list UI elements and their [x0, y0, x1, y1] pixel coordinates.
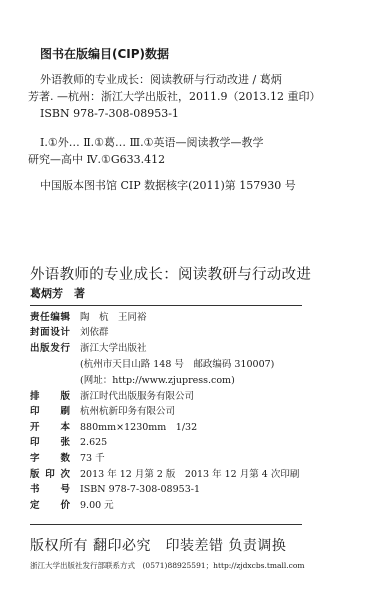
imprint-value: ISBN 978-7-308-08953-1: [80, 484, 200, 496]
imprint-row: (网址：http://www.zjupress.com): [30, 375, 235, 387]
imprint-label: 印张: [30, 437, 70, 449]
cip-line-3: ISBN 978-7-308-08953-1: [40, 105, 179, 122]
imprint-label: [30, 375, 70, 387]
imprint-row: 封面设计刘依群: [30, 327, 109, 339]
imprint-row: 字数73 千: [30, 453, 105, 465]
imprint-label: 书号: [30, 484, 70, 496]
book-title: 外语教师的专业成长：阅读教研与行动改进: [30, 263, 311, 284]
cip-line-1: 外语教师的专业成长：阅读教研与行动改进 / 葛炳: [40, 71, 282, 88]
imprint-value: 浙江时代出版服务有限公司: [80, 391, 194, 403]
imprint-row: 印刷杭州杭新印务有限公司: [30, 406, 175, 418]
imprint-label: 印刷: [30, 406, 70, 418]
cip-line-5: 研究—高中 Ⅳ.①G633.412: [28, 151, 165, 168]
imprint-label: 排版: [30, 391, 70, 403]
imprint-row: 开本880mm×1230mm 1/32: [30, 422, 197, 434]
imprint-row: 定价9.00 元: [30, 500, 114, 512]
cip-line-4: Ⅰ.①外… Ⅱ.①葛… Ⅲ.①英语—阅读教学—教学: [40, 134, 264, 151]
imprint-value: 9.00 元: [80, 500, 114, 512]
cip-library-number: 中国版本图书馆 CIP 数据核字(2011)第 157930 号: [40, 177, 296, 194]
cip-line-2: 芳著. —杭州：浙江大学出版社，2011.9（2013.12 重印）: [28, 88, 320, 105]
imprint-value: 陶 杭 王同裕: [80, 312, 147, 324]
imprint-row: 书号ISBN 978-7-308-08953-1: [30, 484, 200, 496]
divider-bottom: [30, 524, 302, 525]
imprint-row: 责任编辑陶 杭 王同裕: [30, 312, 147, 324]
imprint-row: 印张2.625: [30, 437, 107, 449]
cip-heading: 图书在版编目(CIP)数据: [40, 45, 169, 62]
imprint-label: 封面设计: [30, 327, 70, 339]
imprint-label: 出版发行: [30, 343, 70, 355]
imprint-label: 定价: [30, 500, 70, 512]
publisher-contact: 浙江大学出版社发行部联系方式 (0571)88925591；http://zjd…: [30, 560, 305, 571]
imprint-label: 版印次: [30, 469, 70, 481]
imprint-label: 字数: [30, 453, 70, 465]
divider-top: [30, 305, 302, 306]
book-author: 葛炳芳 著: [30, 285, 85, 301]
imprint-value: 浙江大学出版社: [80, 343, 147, 355]
copyright-notice: 版权所有 翻印必究 印装差错 负责调换: [30, 535, 286, 555]
imprint-value: (网址：http://www.zjupress.com): [80, 375, 235, 387]
imprint-value: 2013 年 12 月第 2 版 2013 年 12 月第 4 次印刷: [80, 469, 299, 481]
imprint-row: (杭州市天目山路 148 号 邮政编码 310007): [30, 359, 274, 371]
imprint-row: 出版发行浙江大学出版社: [30, 343, 147, 355]
imprint-value: 73 千: [80, 453, 105, 465]
imprint-label: 开本: [30, 422, 70, 434]
imprint-value: (杭州市天目山路 148 号 邮政编码 310007): [80, 359, 274, 371]
imprint-value: 刘依群: [80, 327, 109, 339]
imprint-value: 杭州杭新印务有限公司: [80, 406, 175, 418]
imprint-label: [30, 359, 70, 371]
imprint-row: 排版浙江时代出版服务有限公司: [30, 391, 194, 403]
imprint-label: 责任编辑: [30, 312, 70, 324]
imprint-row: 版印次2013 年 12 月第 2 版 2013 年 12 月第 4 次印刷: [30, 469, 299, 481]
imprint-value: 880mm×1230mm 1/32: [80, 422, 197, 434]
imprint-value: 2.625: [80, 437, 107, 449]
